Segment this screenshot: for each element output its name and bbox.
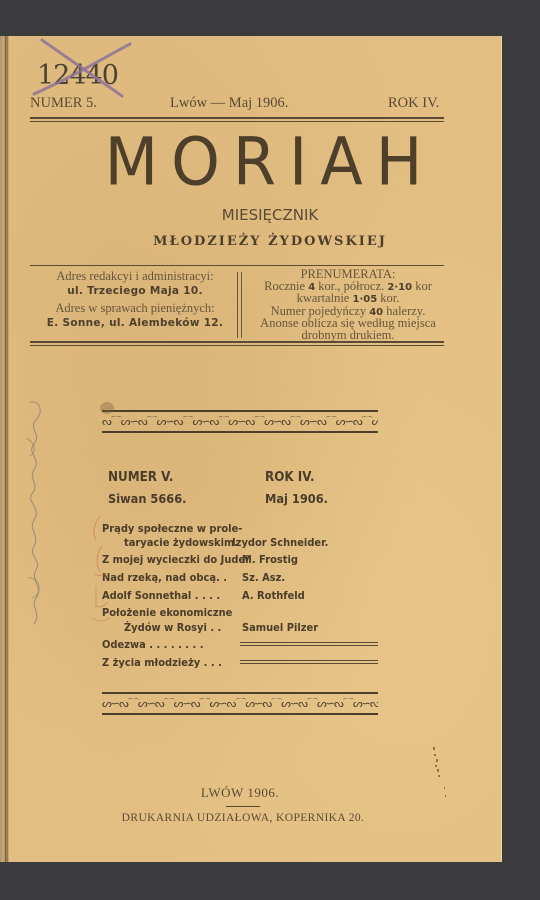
pencil-signature-icon [16, 398, 50, 626]
toc-item-title: Położenie ekonomiczne [102, 606, 232, 619]
ornament-border-top: ᔓ⌒ᔕ∽ᔓ⌒ᔕ∽ᔓ⌒ᔕ∽ᔓ⌒ᔕ∽ᔓ⌒ᔕ∽ᔓ⌒ᔕ∽ᔓ⌒ᔕ∽ᔓ⌒ᔕ∽ᔓ⌒ᔕ∽ᔓ⌒ᔕ∽ [102, 410, 378, 436]
toc-item-title: Z mojej wycieczki do Judei [102, 553, 249, 566]
address-block: Adres redakcyi i administracyi: ul. Trze… [32, 270, 238, 330]
editorial-address: ul. Trzeciego Maja 10. [32, 285, 238, 298]
toc-item-title: Nad rzeką, nad obcą. . [102, 571, 227, 584]
ornament-rule [102, 692, 378, 694]
toc-item-title: Adolf Sonnethal . . . . [102, 589, 220, 602]
toc-item-title: Prądy społeczne w prole- [102, 522, 242, 535]
issue-year: ROK IV. [265, 470, 315, 485]
toc-item-title: Z życia młodzieży . . . [102, 656, 222, 669]
ornament-rule [102, 431, 378, 433]
footer-printer: DRUKARNIA UDZIAŁOWA, KOPERNIKA 20. [0, 812, 486, 824]
footer-city-year: LWÓW 1906. [0, 785, 480, 801]
toc-item-author: Sz. Asz. [242, 571, 285, 584]
wave-ornament-icon: ᔓ⌒ᔕ∽ᔓ⌒ᔕ∽ᔓ⌒ᔕ∽ᔓ⌒ᔕ∽ᔓ⌒ᔕ∽ᔓ⌒ᔕ∽ᔓ⌒ᔕ∽ᔓ⌒ᔕ∽ᔓ⌒ᔕ∽ᔓ⌒ᔕ∽ [102, 416, 378, 428]
toc-item-author: M. Frostig [242, 553, 298, 566]
journal-title: MORIAH [0, 129, 540, 195]
issue-date: Maj 1906. [265, 492, 328, 506]
toc-item-author: Izydor Schneider. [232, 536, 328, 549]
toc-placeholder-rule [240, 642, 378, 646]
ornament-rule [102, 713, 378, 715]
masthead-double-rule [30, 117, 444, 122]
place-date: Lwów — Maj 1906. [170, 95, 288, 112]
finance-address-label: Adres w sprawach pieniężnych: [32, 302, 238, 315]
footer-rule [226, 806, 260, 807]
toc-placeholder-rule [240, 660, 378, 664]
pencil-margin-marks-icon [86, 514, 110, 626]
toc-item-title-cont: Żydów w Rosyi . . [124, 621, 221, 634]
text: kor [412, 279, 432, 293]
ads-note-cont: drobnym drukiem. [243, 330, 453, 342]
finance-address: E. Sonne, ul. Alembeków 12. [32, 317, 238, 330]
journal-title-text: MORIAH [105, 123, 436, 200]
toc-item-author: A. Rothfeld [242, 589, 305, 602]
ornament-rule [102, 410, 378, 412]
hebrew-date: Siwan 5666. [108, 492, 186, 506]
toc-item-author: Samuel Pilzer [242, 621, 318, 634]
cross-out-mark-icon [30, 38, 135, 100]
masthead-row: NUMER 5. Lwów — Maj 1906. ROK IV. [30, 95, 444, 115]
toc-item-title: Odezwa . . . . . . . . [102, 638, 203, 651]
subscription-block: PRENUMERATA: Rocznie 4 kor., półrocz. 2·… [243, 269, 453, 342]
ink-blot [100, 402, 114, 414]
editorial-address-label: Adres redakcyi i administracyi: [32, 270, 238, 283]
journal-subtitle-monthly: MIESIĘCZNIK [0, 206, 540, 224]
volume-label: ROK IV. [388, 95, 439, 112]
wave-ornament-icon: ᔕ∽ᔓ⌒ᔕ∽ᔓ⌒ᔕ∽ᔓ⌒ᔕ∽ᔓ⌒ᔕ∽ᔓ⌒ᔕ∽ᔓ⌒ᔕ∽ᔓ⌒ᔕ∽ᔓ⌒ᔕ∽ᔓ⌒ᔕ∽ᔓ⌒ [102, 698, 378, 710]
info-top-rule [30, 265, 444, 266]
ornament-border-bottom: ᔕ∽ᔓ⌒ᔕ∽ᔓ⌒ᔕ∽ᔓ⌒ᔕ∽ᔓ⌒ᔕ∽ᔓ⌒ᔕ∽ᔓ⌒ᔕ∽ᔓ⌒ᔕ∽ᔓ⌒ᔕ∽ᔓ⌒ᔕ∽ᔓ⌒ [102, 692, 378, 718]
info-divider-right [241, 272, 242, 338]
toc-item-title-cont: taryacie żydowskim. [124, 536, 238, 549]
journal-subtitle-youth: MŁODZIEŻY ŻYDOWSKIEJ [0, 234, 540, 249]
issue-number: NUMER 5. [30, 95, 97, 112]
issue-number-roman: NUMER V. [108, 470, 173, 485]
